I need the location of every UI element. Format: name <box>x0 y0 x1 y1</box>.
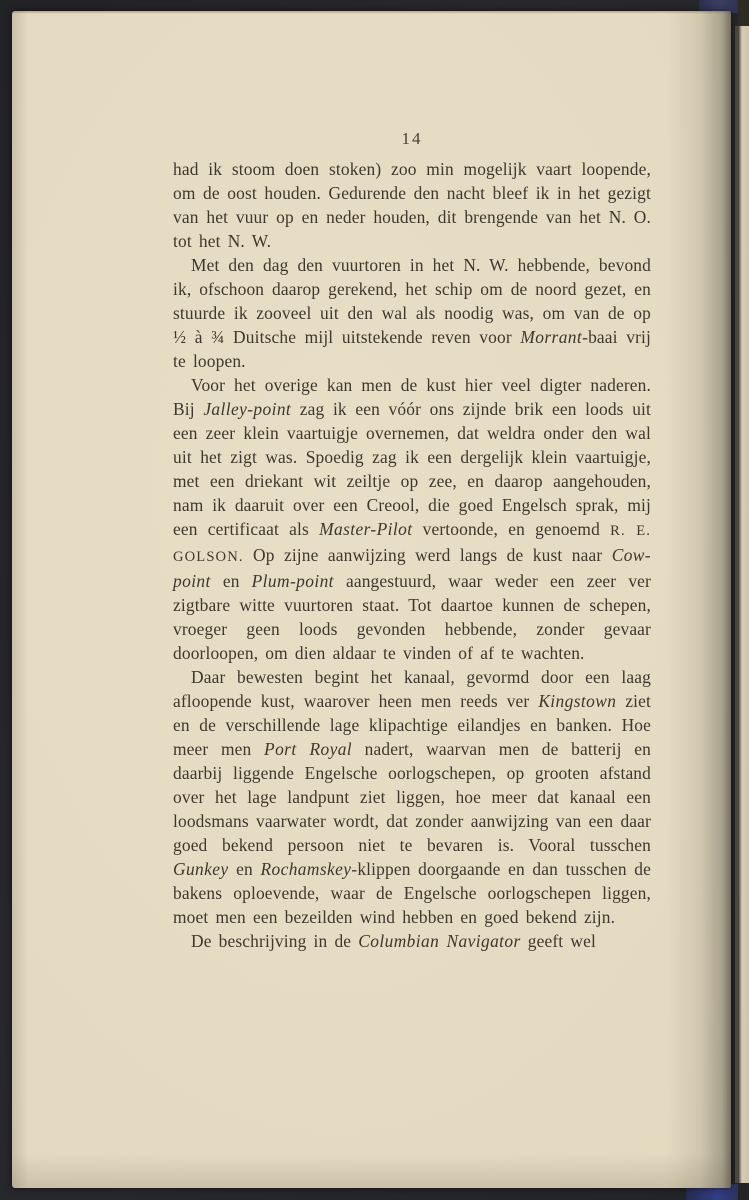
italic-text-segment: Rochamskey <box>260 859 351 879</box>
text-segment: Op zijne aanwijzing werd langs de kust n… <box>244 545 612 565</box>
page-number: 14 <box>173 129 651 149</box>
italic-text-segment: Columbian Navigator <box>358 931 520 951</box>
italic-text-segment: Plum-point <box>252 571 334 591</box>
paragraph: Daar bewesten begint het kanaal, gevormd… <box>173 665 651 929</box>
text-block: had ik stoom doen stoken) zoo min mogeli… <box>173 157 651 953</box>
paragraph: Met den dag den vuurtoren in het N. W. h… <box>173 253 651 373</box>
paragraph: De beschrijving in de Columbian Navigato… <box>173 929 651 953</box>
scanned-book-photo: 14 had ik stoom doen stoken) zoo min mog… <box>0 0 749 1200</box>
text-segment: had ik stoom doen stoken) zoo min mogeli… <box>173 159 651 251</box>
paragraph: Voor het overige kan men de kust hier ve… <box>173 373 651 665</box>
italic-text-segment: Master-Pilot <box>319 519 412 539</box>
text-segment: vertoonde, en genoemd <box>412 519 610 539</box>
italic-text-segment: Gunkey <box>173 859 229 879</box>
text-segment: geeft wel <box>521 931 596 951</box>
paragraph: had ik stoom doen stoken) zoo min mogeli… <box>173 157 651 253</box>
text-segment: zag ik een vóór ons zijnde brik een lood… <box>173 399 651 539</box>
text-segment: en <box>229 859 261 879</box>
text-segment: De beschrijving in de <box>191 931 358 951</box>
italic-text-segment: Morrant <box>520 327 582 347</box>
book-page: 14 had ik stoom doen stoken) zoo min mog… <box>12 11 731 1188</box>
italic-text-segment: Port Royal <box>264 739 352 759</box>
page-fore-edge-sliver <box>735 26 749 1183</box>
book-corner-top-right <box>738 0 749 27</box>
italic-text-segment: Kingstown <box>538 691 616 711</box>
text-segment: en <box>211 571 252 591</box>
italic-text-segment: Jalley-point <box>203 399 291 419</box>
